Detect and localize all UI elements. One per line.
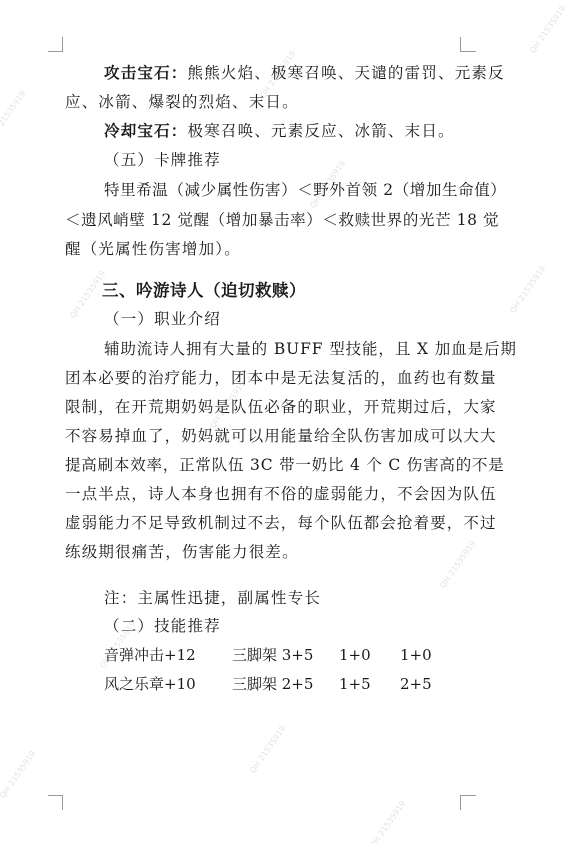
intro-line: 提高刷本效率，正常队伍 3C 带一奶比 4 个 C 伤害高的不是 (65, 455, 505, 475)
attribute-note: 注：主属性迅捷，副属性专长 (104, 588, 321, 608)
watermark: QH 21535919 (438, 539, 477, 590)
attack-gems-line-2: 应、冰箭、爆裂的烈焰、末日。 (65, 92, 299, 112)
attack-gems-line-1: 攻击宝石：熊熊火焰、极寒召唤、天谴的雷罚、元素反 (104, 63, 505, 83)
watermark: QH 21535919 (528, 4, 567, 55)
skill-value-b: 1+0 (400, 645, 432, 665)
skill-value-b: 2+5 (400, 674, 432, 694)
corner-mark-bottom-right (460, 795, 476, 810)
skill-name: 音弹冲击+12 (104, 645, 196, 665)
card-line-2: ＜遗风峭壁 12 觉醒（增加暴击率）＜救赎世界的光芒 18 觉 (65, 210, 499, 230)
intro-line: 辅助流诗人拥有大量的 BUFF 型技能，且 X 加血是后期 (104, 339, 517, 359)
intro-section-heading: （一）职业介绍 (104, 309, 221, 329)
skill-name: 风之乐章+10 (104, 674, 196, 694)
intro-line: 一点半点，诗人本身也拥有不俗的虚弱能力，不会因为队伍 (65, 484, 497, 504)
card-line-3: 醒（光属性伤害增加）。 (65, 239, 241, 259)
skill-tripod: 三脚架 3+5 (232, 645, 313, 665)
watermark: QH 21535919 (0, 749, 37, 800)
skill-tripod: 三脚架 2+5 (232, 674, 313, 694)
skill-value-a: 1+0 (339, 645, 371, 665)
class-heading: 三、吟游诗人（迫切救赎） (102, 281, 306, 301)
corner-mark-top-right (460, 37, 476, 52)
attack-gems-text: 熊熊火焰、极寒召唤、天谴的雷罚、元素反 (188, 64, 505, 82)
intro-line: 限制，在开荒期奶妈是队伍必备的职业，开荒期过后，大家 (65, 397, 497, 417)
watermark: QH 21535919 (508, 264, 547, 315)
card-section-heading: （五）卡牌推荐 (104, 150, 221, 170)
intro-line: 团本必要的治疗能力，团本中是无法复活的，血药也有数量 (65, 368, 497, 388)
intro-line: 练级期很痛苦，伤害能力很差。 (65, 542, 299, 562)
watermark: QH 21535919 (368, 799, 407, 843)
intro-line: 不容易掉血了，奶妈就可以用能量给全队伤害加成可以大大 (65, 426, 497, 446)
cooldown-gems-label: 冷却宝石： (104, 121, 188, 140)
card-line-1: 特里希温（减少属性伤害）＜野外首领 2（增加生命值） (104, 180, 506, 200)
watermark: QH 21535919 (248, 724, 287, 775)
skill-section-heading: （二）技能推荐 (104, 616, 221, 636)
intro-line: 虚弱能力不足导致机制过不去，每个队伍都会抢着要，不过 (65, 513, 497, 533)
cooldown-gems-line: 冷却宝石：极寒召唤、元素反应、冰箭、末日。 (104, 121, 455, 141)
cooldown-gems-text: 极寒召唤、元素反应、冰箭、末日。 (188, 122, 455, 140)
skill-value-a: 1+5 (339, 674, 371, 694)
corner-mark-bottom-left (48, 795, 63, 810)
watermark: QH 21535919 (0, 89, 27, 140)
attack-gems-label: 攻击宝石： (104, 63, 188, 82)
corner-mark-top-left (48, 37, 63, 52)
